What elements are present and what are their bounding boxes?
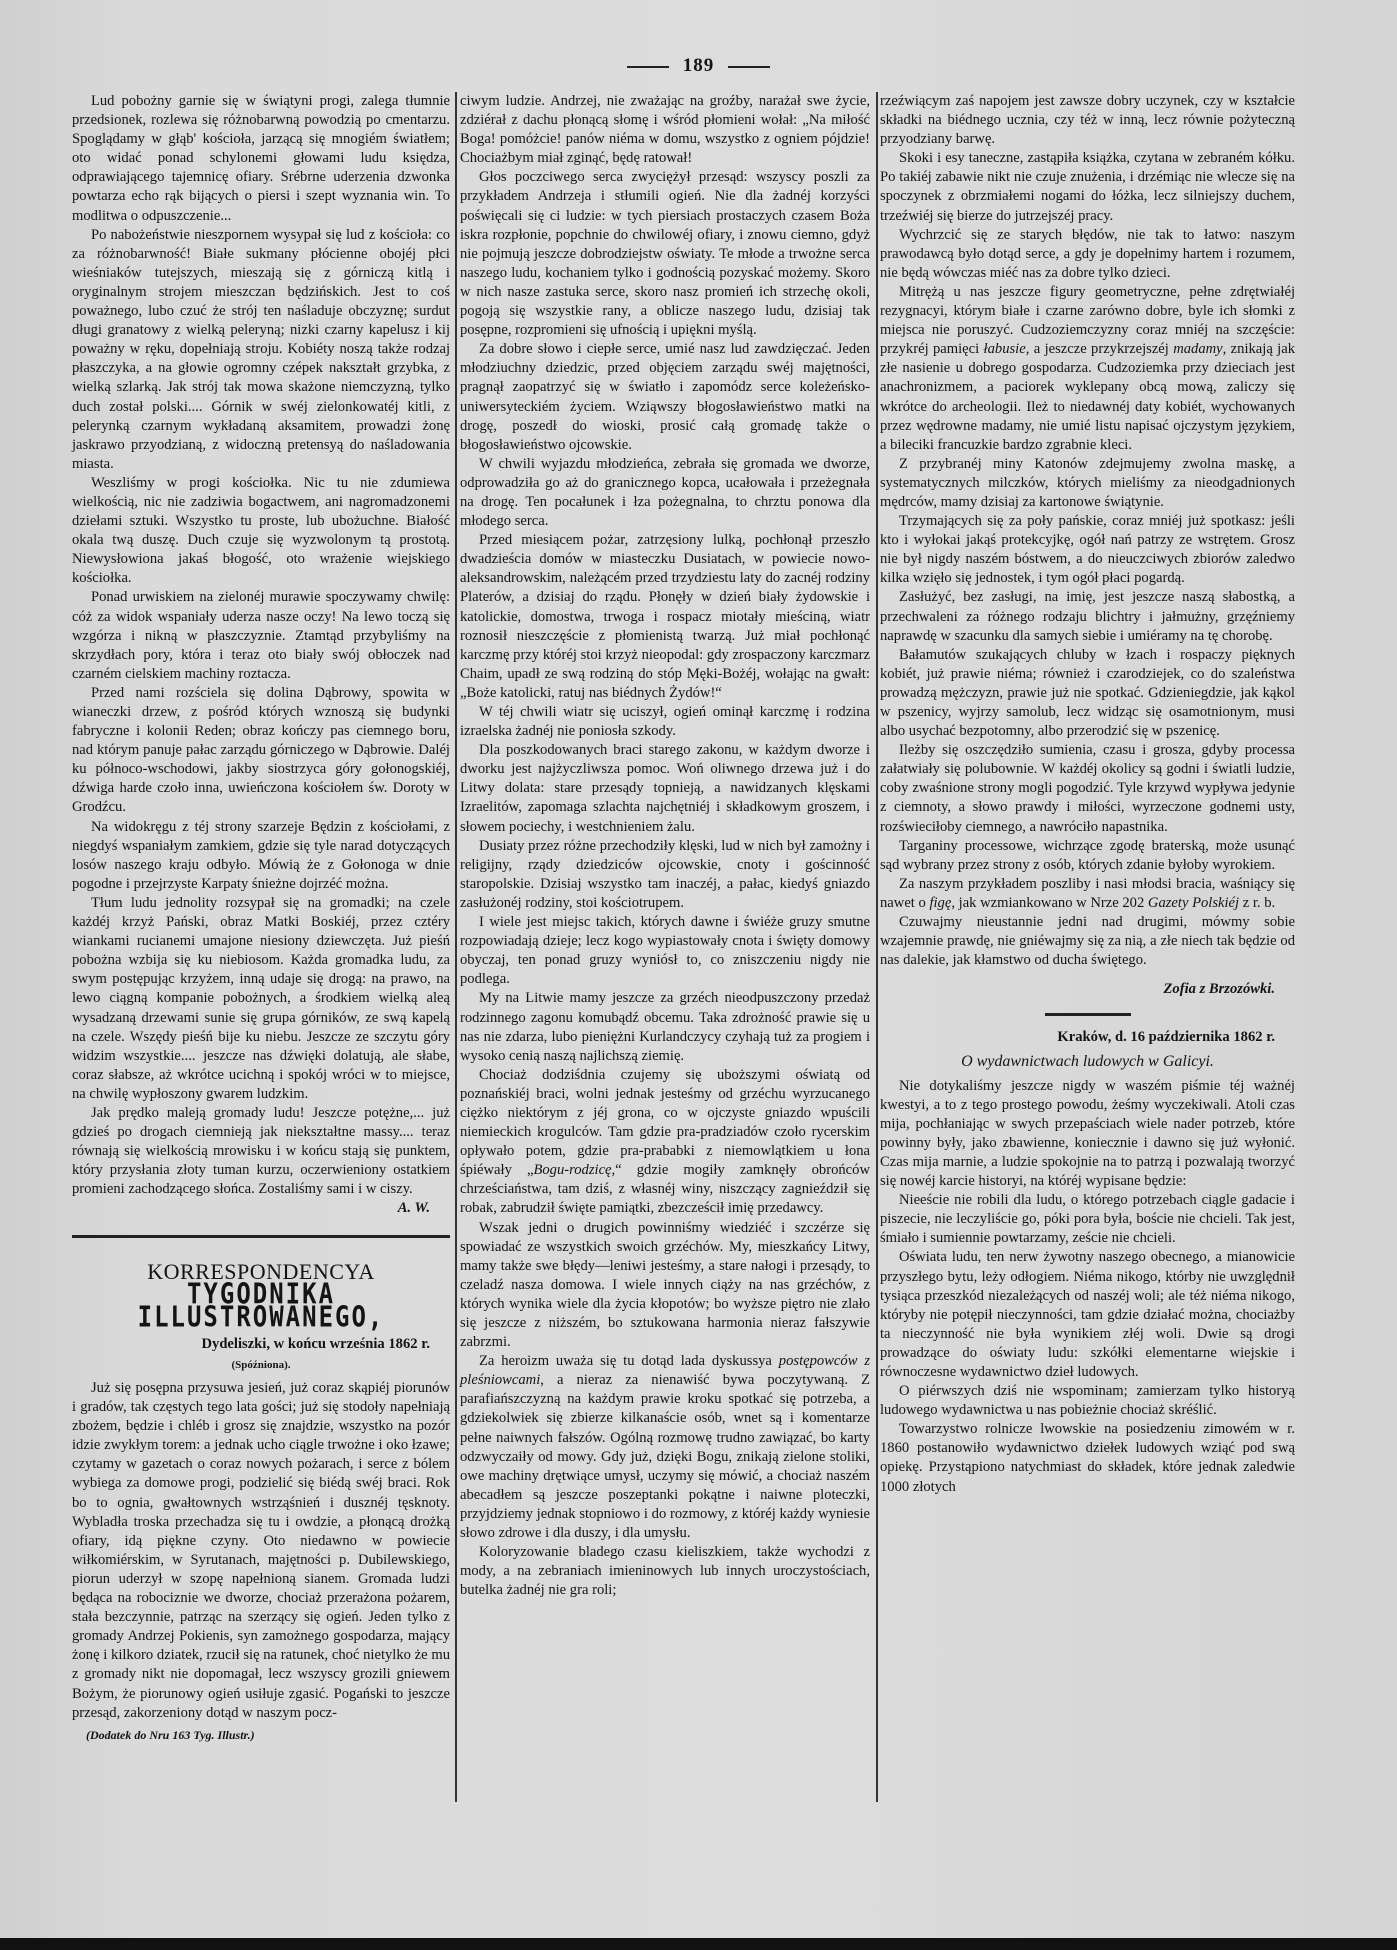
paragraph: Weszliśmy w progi kościołka. Nic tu nie …	[72, 474, 450, 589]
paragraph: O piérwszych dziś nie wspominam; zamierz…	[880, 1382, 1295, 1420]
paragraph: Zasłużyć, bez zasługi, na imię, jest jes…	[880, 588, 1295, 645]
dateline: Kraków, d. 16 października 1862 r.	[880, 1028, 1295, 1047]
paragraph: Za dobre słowo i ciepłe serce, umié nasz…	[460, 340, 870, 455]
text-run: z r. b.	[1239, 895, 1275, 911]
text-run: , jak wzmiankowano w Nrze 202	[951, 895, 1148, 911]
paragraph: Przed nami rozściela się dolina Dąbrowy,…	[72, 684, 450, 818]
dash-left	[627, 66, 669, 68]
paragraph: Lud pobożny garnie się w świątyni progi,…	[72, 92, 450, 226]
paragraph: Mitrężą u nas jeszcze figury geometryczn…	[880, 283, 1295, 455]
section-heading-masthead: TYGODNIKA ILLUSTROWANEGO,	[64, 1283, 458, 1329]
text-run: , znikają jak złe nasienie u dobrego gos…	[880, 341, 1295, 452]
column-left: Lud pobożny garnie się w świątyni progi,…	[72, 92, 450, 1745]
paragraph: Ponad urwiskiem na zielonéj murawie spoc…	[72, 588, 450, 683]
paragraph: Z przybranéj miny Katonów zdejmujemy zwo…	[880, 455, 1295, 512]
paragraph: ciwym ludzie. Andrzej, nie zważając na g…	[460, 92, 870, 168]
paragraph: Dla poszkodowanych braci starego zakonu,…	[460, 741, 870, 836]
column-divider-1	[455, 92, 457, 1802]
column-right: rzeźwiącym zaś napojem jest zawsze dobry…	[880, 92, 1295, 1497]
column-middle: ciwym ludzie. Andrzej, nie zważając na g…	[460, 92, 870, 1600]
paragraph: Za naszym przykładem poszliby i nasi mło…	[880, 875, 1295, 913]
paragraph: Głos poczciwego serca zwyciężył przesąd:…	[460, 168, 870, 340]
paragraph: I wiele jest miejsc takich, których dawn…	[460, 913, 870, 989]
paragraph: Towarzystwo rolnicze lwowskie na posiedz…	[880, 1420, 1295, 1496]
paragraph: Dusiaty przez różne przechodziły klęski,…	[460, 837, 870, 913]
text-run: , a nieraz za nienawiść bywa poczytywaną…	[460, 1372, 870, 1541]
paragraph: Przed miesiącem pożar, zatrzęsiony lulką…	[460, 531, 870, 703]
paragraph: Trzymających się za poły pańskie, coraz …	[880, 512, 1295, 588]
paragraph: Skoki i esy taneczne, zastąpiła książka,…	[880, 149, 1295, 225]
section-rule	[72, 1235, 450, 1238]
page-number: 189	[0, 55, 1397, 77]
column-divider-2	[876, 92, 878, 1802]
paragraph: Na widokręgu z téj strony szarzeje Będzi…	[72, 818, 450, 894]
paragraph: Wychrzcić się ze starych błędów, nie tak…	[880, 226, 1295, 283]
paragraph: Bałamutów szukających chluby w łzach i r…	[880, 646, 1295, 741]
paragraph: Za heroizm uważa się tu dotąd lada dysku…	[460, 1352, 870, 1543]
paragraph: Czuwajmy nieustannie jedni nad drugimi, …	[880, 913, 1295, 970]
italic-word: figę	[929, 895, 951, 911]
paragraph: Targaniny processowe, wichrzące zgodę br…	[880, 837, 1295, 875]
dateline: Dydeliszki, w końcu września 1862 r.	[72, 1335, 450, 1354]
paragraph: Chociaż dodziśdnia czujemy się uboższymi…	[460, 1066, 870, 1219]
supplement-note: (Dodatek do Nru 163 Tyg. Illustr.)	[86, 1726, 450, 1745]
italic-word: madamy	[1173, 341, 1222, 357]
paragraph: Koloryzowanie bladego czasu kieliszkiem,…	[460, 1543, 870, 1600]
newspaper-page: 189 Lud pobożny garnie się w świątyni pr…	[0, 0, 1397, 1950]
section-rule	[1045, 1013, 1131, 1016]
paragraph: W téj chwili wiatr się uciszył, ogień om…	[460, 703, 870, 741]
paragraph: Jak prędko maleją gromady ludu! Jeszcze …	[72, 1104, 450, 1199]
editorial-note: (Spóźniona).	[72, 1356, 450, 1375]
paragraph: Wszak jedni o drugich powinniśmy wiedzié…	[460, 1219, 870, 1353]
italic-word: łabusie	[984, 341, 1026, 357]
paragraph: Już się posępna przysuwa jesień, już cor…	[72, 1379, 450, 1723]
paragraph: Nieeście nie robili dla ludu, o którego …	[880, 1191, 1295, 1248]
article-title: O wydawnictwach ludowych w Galicyi.	[880, 1052, 1295, 1071]
paragraph: My na Litwie mamy jeszcze za grzéch nieo…	[460, 989, 870, 1065]
author-signature: A. W.	[72, 1199, 450, 1218]
paragraph: Ileżby się oszczędziło sumienia, czasu i…	[880, 741, 1295, 836]
dash-right	[728, 66, 770, 68]
italic-quote: Bogu-rodzicę,	[533, 1162, 615, 1178]
author-signature: Zofia z Brzozówki.	[880, 980, 1295, 999]
text-run: , a jeszcze przykrzejszéj	[1026, 341, 1173, 357]
paragraph: Tłum ludu jednolity rozsypał się na grom…	[72, 894, 450, 1104]
text-run: Za heroizm uważa się tu dotąd lada dysku…	[479, 1353, 779, 1369]
paragraph: Nie dotykaliśmy jeszcze nigdy w waszém p…	[880, 1077, 1295, 1192]
paragraph: Po nabożeństwie nieszpornem wysypał się …	[72, 226, 450, 474]
paragraph: W chwili wyjazdu młodzieńca, zebrała się…	[460, 455, 870, 531]
paragraph: rzeźwiącym zaś napojem jest zawsze dobry…	[880, 92, 1295, 149]
scan-edge	[0, 1938, 1397, 1950]
page-number-text: 189	[683, 55, 715, 76]
paragraph: Oświata ludu, ten nerw żywotny naszego o…	[880, 1248, 1295, 1382]
italic-title: Gazety Polskiéj	[1148, 895, 1239, 911]
